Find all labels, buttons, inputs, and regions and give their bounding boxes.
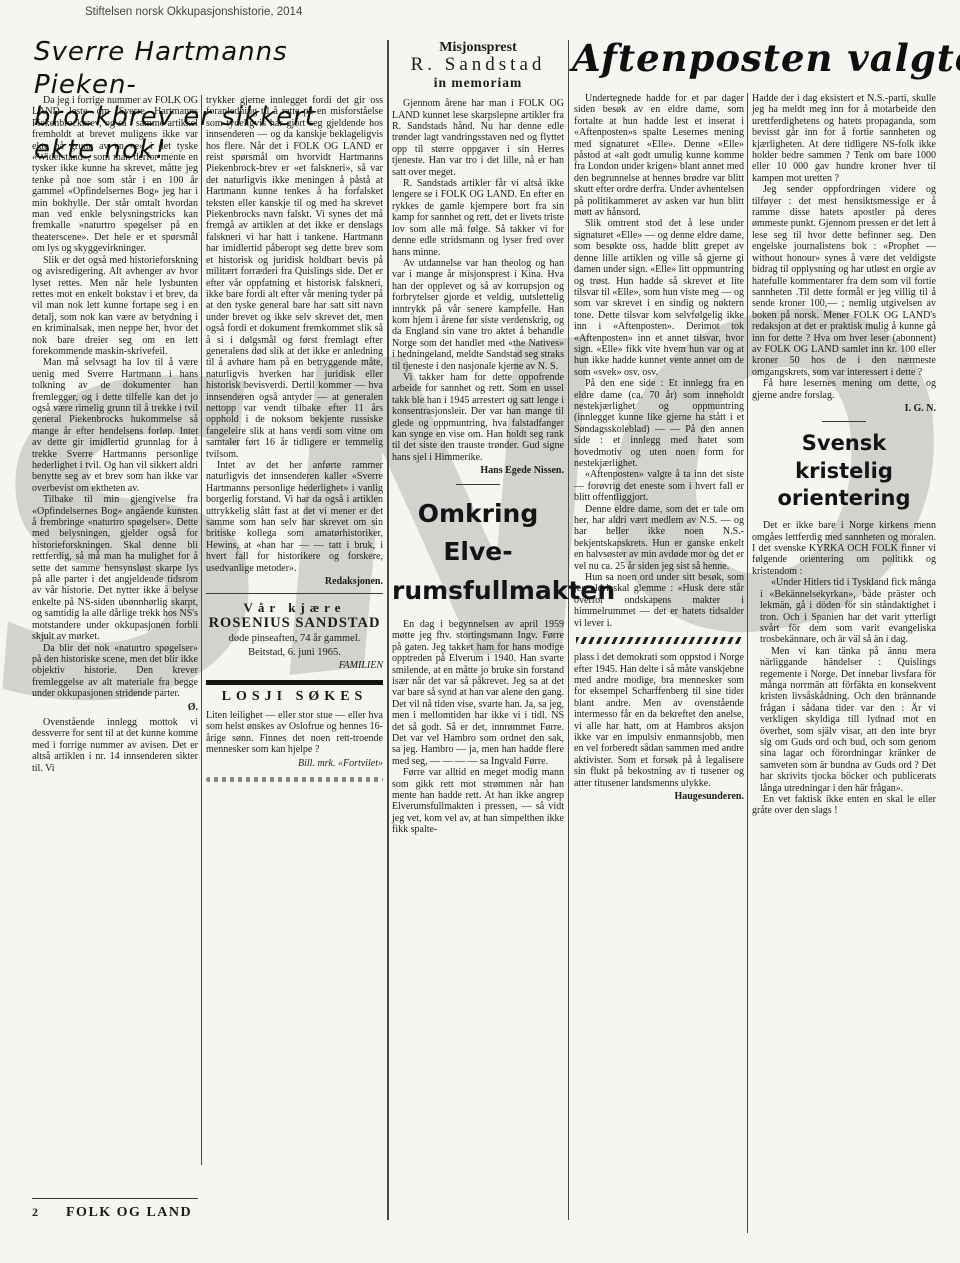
headline-line: Svensk kristelig: [752, 430, 936, 485]
separator-rule: [456, 484, 500, 485]
paragraph: En vet faktisk ikke enten en skal le ell…: [752, 794, 936, 817]
paragraph: Da jeg i forrige nummer av FOLK OG LAND …: [32, 95, 198, 255]
headline-svensk: Svensk kristelig orientering: [752, 430, 936, 512]
column-2: trykker gjerne innlegget fordi det gir o…: [206, 95, 383, 782]
death-notice-signature: FAMILIEN: [206, 660, 383, 671]
paragraph: Førre var alltid en meget modig mann som…: [392, 767, 564, 835]
column-divider: [387, 40, 389, 1220]
paragraph: Gjennom årene har man i FOLK OG LAND kun…: [392, 98, 564, 178]
paragraph: Vi takker ham for dette oppofrende arbei…: [392, 372, 564, 463]
paragraph: Av utdannelse var han theolog og han var…: [392, 258, 564, 372]
memoriam-kicker: Misjonsprest: [392, 42, 564, 53]
memoriam-name: R. Sandstad: [392, 59, 564, 70]
signature: Ø.: [32, 702, 198, 713]
paper-name: FOLK OG LAND: [66, 1205, 192, 1221]
column-divider: [747, 93, 748, 1233]
newspaper-page: SNO Stiftelsen norsk Okkupasjonshistorie…: [0, 0, 960, 1263]
column-5: Hadde der i dag eksistert et N.S.-parti,…: [752, 93, 936, 817]
footer-row: 2 FOLK OG LAND: [32, 1205, 198, 1221]
paragraph: Slik omtrent stod det å lese under signa…: [574, 218, 744, 378]
headline-aftenposten: Aftenposten valgte -: [572, 36, 958, 80]
signature: Redaksjonen.: [206, 576, 383, 587]
paragraph: Slik er det også med historieforskning o…: [32, 255, 198, 358]
headline-elverum: Omkring Elve- rumsfullmakten: [392, 495, 564, 611]
column-4: Undertegnede hadde for et par dager side…: [574, 93, 744, 806]
footer-rule: [32, 1198, 198, 1199]
paragraph: R. Sandstads artikler får vi altså ikke …: [392, 178, 564, 258]
paragraph: På den ene side : Et innlegg fra en eldr…: [574, 378, 744, 469]
ad-body: Liten leilighet — eller stor stue — elle…: [206, 710, 383, 756]
ad-bottom-wavy-rule: [206, 777, 383, 782]
headline-line: orientering: [752, 485, 936, 512]
column-3: Misjonsprest R. Sandstad in memoriam Gje…: [392, 42, 564, 836]
ad-top-rule: [206, 680, 383, 685]
headline-line: Omkring Elve-: [392, 495, 564, 573]
page-footer: 2 FOLK OG LAND: [32, 1192, 198, 1221]
death-notice-name: ROSENIUS SANDSTAD: [206, 618, 383, 629]
paragraph: Jeg sender oppfordringen videre og tilfø…: [752, 184, 936, 378]
death-notice: Vår kjære ROSENIUS SANDSTAD døde pinseaf…: [206, 602, 383, 671]
memoriam-subtitle: in memoriam: [392, 77, 564, 88]
death-notice-line: døde pinseaften, 74 år gammel.: [206, 633, 383, 644]
squiggle-separator: [576, 637, 742, 644]
lodging-ad: LOSJI SØKES Liten leilighet — eller stor…: [206, 691, 383, 769]
paragraph: trykker gjerne innlegget fordi det gir o…: [206, 95, 383, 460]
ad-title: LOSJI SØKES: [206, 691, 383, 702]
signature: Hans Egede Nissen.: [392, 465, 564, 476]
paragraph: plass i det demokrati som oppstod i Norg…: [574, 652, 744, 789]
quote-paragraph: «Under Hitlers tid i Tyskland fick många…: [752, 577, 936, 645]
paragraph: En dag i begynnelsen av april 1959 møtte…: [392, 619, 564, 767]
signature: I. G. N.: [752, 403, 936, 414]
page-number: 2: [32, 1205, 66, 1220]
editor-note: Ovenstående innlegg mottok vi dessverre …: [32, 717, 198, 774]
paragraph: Intet av det her anførte rammer naturlig…: [206, 460, 383, 574]
paragraph: Undertegnede hadde for et par dager side…: [574, 93, 744, 218]
headline-line: Sverre Hartmanns Pieken-: [34, 36, 382, 101]
signature: Haugesunderen.: [574, 791, 744, 802]
paragraph: Hadde der i dag eksistert et N.S.-parti,…: [752, 93, 936, 184]
column-1: Da jeg i forrige nummer av FOLK OG LAND …: [32, 95, 198, 1187]
paragraph: Tilbake til min gjengivelse fra «Opfinde…: [32, 494, 198, 642]
paragraph: Det er ikke bare i Norge kirkens menn om…: [752, 520, 936, 577]
death-notice-intro: Vår kjære: [206, 602, 383, 613]
death-notice-line: Beitstad, 6. juni 1965.: [206, 647, 383, 658]
paragraph: «Aftenposten» valgte å ta inn det siste …: [574, 469, 744, 503]
column-divider: [201, 95, 202, 1165]
ad-signature: Bill. mrk. «Fortvilet»: [206, 758, 383, 769]
headline-line: rumsfullmakten: [392, 572, 564, 611]
paragraph: Hun sa noen ord under sitt besøk, som je…: [574, 572, 744, 629]
separator-rule: [206, 593, 383, 594]
separator-rule: [822, 421, 866, 422]
paragraph: Denne eldre dame, som det er tale om her…: [574, 504, 744, 572]
column-divider: [568, 40, 569, 1220]
paragraph: Man må selvsagt ha lov til å være uenig …: [32, 357, 198, 494]
paragraph: Få høre lesernes mening om dette, og gje…: [752, 378, 936, 401]
paragraph: Da blir det nok «naturtro spøgelser» på …: [32, 643, 198, 700]
quote-paragraph: Men vi kan tänka på ännu mera närliggand…: [752, 646, 936, 794]
archive-stamp: Stiftelsen norsk Okkupasjonshistorie, 20…: [85, 6, 302, 18]
